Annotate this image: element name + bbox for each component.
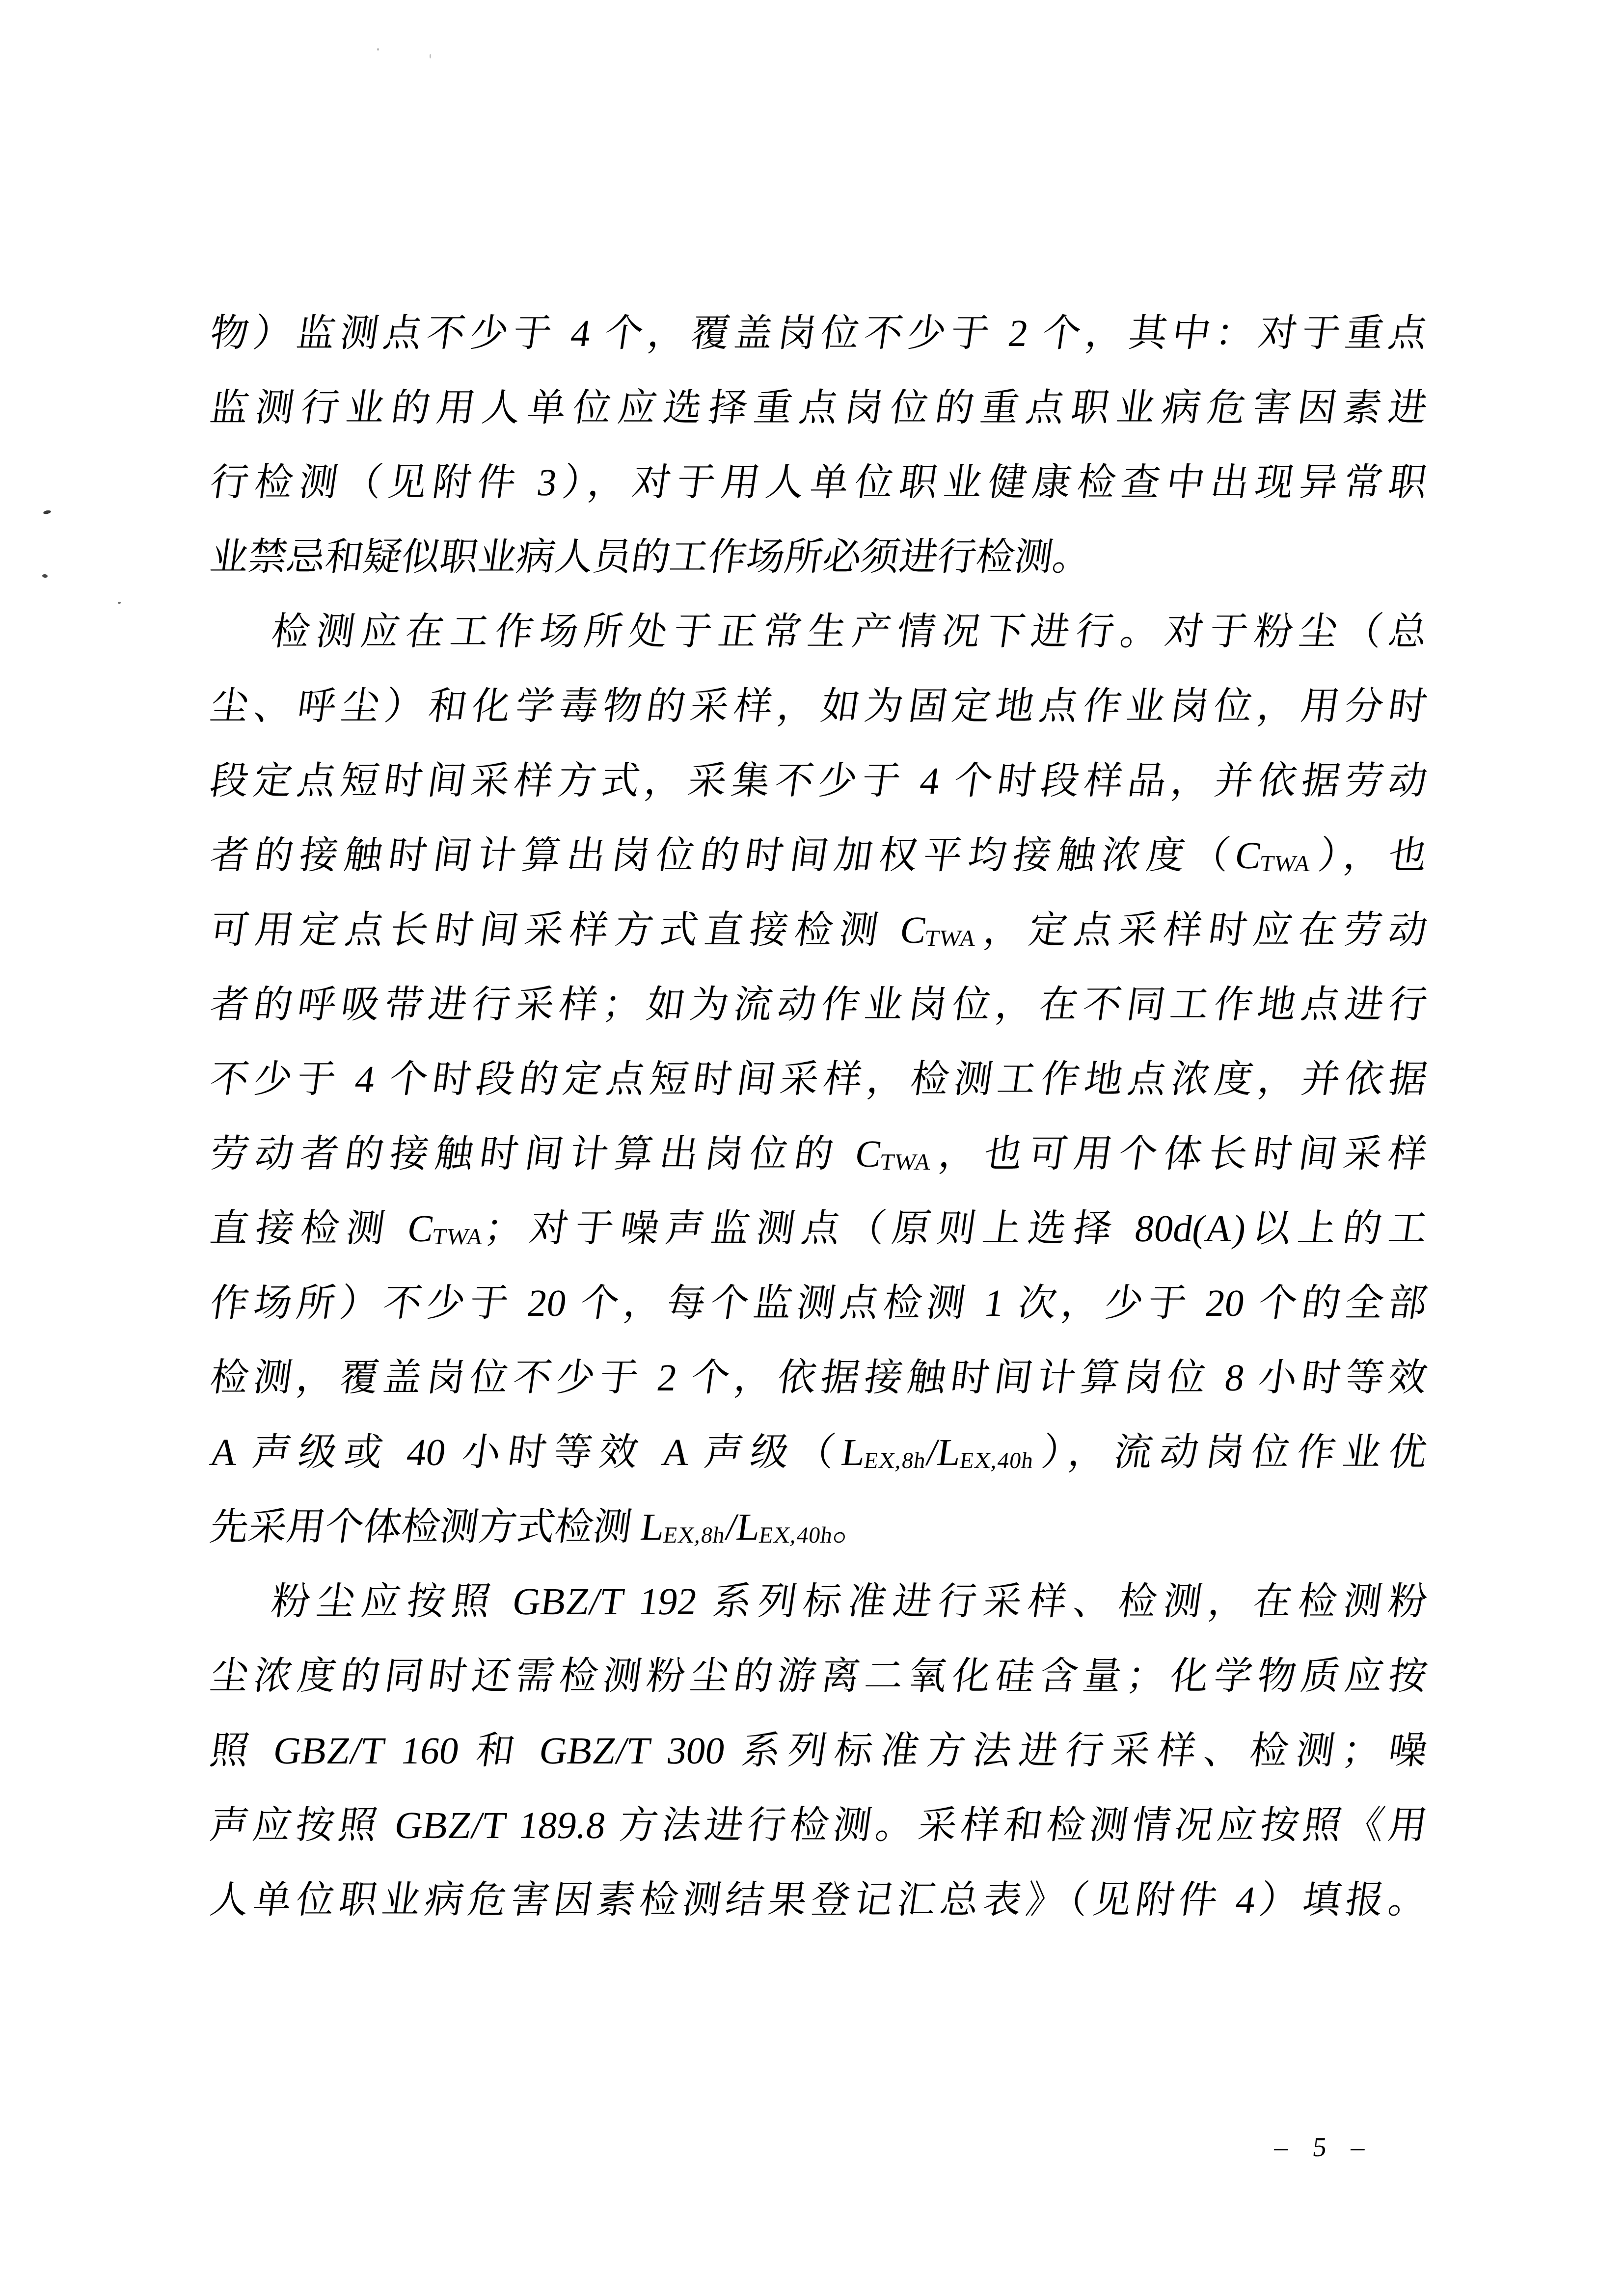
text-run: /L <box>924 1431 964 1473</box>
text-line: A 声级或 40 小时等效 A 声级（LEX,8h/LEX,40h），流动岗位作… <box>205 1415 1432 1490</box>
scan-speck <box>42 574 48 578</box>
text-run: 直接检测 C <box>208 1207 437 1250</box>
text-run: 尘浓度的同时还需检测粉尘的游离二氧化硅含量；化学物质应按 <box>208 1655 1430 1697</box>
subscript-run: TWA <box>431 1224 485 1250</box>
text-line: 尘、呼尘）和化学毒物的采样，如为固定地点作业岗位，用分时 <box>205 669 1432 744</box>
text-run: 照 GBZ/T 160 和 GBZ/T 300 系列标准方法进行采样、检测；噪 <box>208 1729 1430 1772</box>
text-line: 检测应在工作场所处于正常生产情况下进行。对于粉尘（总 <box>205 594 1432 669</box>
page-number: – 5 – <box>1272 2125 1404 2169</box>
text-run: 粉尘应按照 GBZ/T 192 系列标准进行采样、检测，在检测粉 <box>269 1580 1430 1623</box>
text-run: 可用定点长时间采样方式直接检测 C <box>208 908 930 951</box>
subscript-run: TWA <box>1258 851 1313 877</box>
text-run: 者的呼吸带进行采样；如为流动作业岗位，在不同工作地点进行 <box>208 983 1430 1026</box>
text-run: 检测，覆盖岗位不少于 2 个，依据接触时间计算岗位 8 小时等效 <box>208 1356 1430 1399</box>
text-line: 先采用个体检测方式检测 LEX,8h/LEX,40h。 <box>205 1490 1432 1564</box>
document-page: 物）监测点不少于 4 个，覆盖岗位不少于 2 个，其中：对于重点监测行业的用人单… <box>0 0 1624 2296</box>
text-line: 作场所）不少于 20 个，每个监测点检测 1 次，少于 20 个的全部 <box>205 1266 1432 1340</box>
text-run: ，也可用个体长时间采样 <box>930 1132 1430 1175</box>
text-line: 直接检测 CTWA；对于噪声监测点（原则上选择 80d(A)以上的工 <box>205 1191 1432 1266</box>
text-line: 粉尘应按照 GBZ/T 192 系列标准进行采样、检测，在检测粉 <box>205 1564 1432 1639</box>
text-line: 检测，覆盖岗位不少于 2 个，依据接触时间计算岗位 8 小时等效 <box>205 1340 1432 1415</box>
text-run: 业禁忌和疑似职业病人员的工作场所必须进行检测。 <box>208 535 1094 578</box>
text-run: ；对于噪声监测点（原则上选择 80d(A)以上的工 <box>482 1207 1430 1250</box>
text-run: 人单位职业病危害因素检测结果登记汇总表》（见附件 4）填报。 <box>208 1878 1430 1921</box>
text-line: 业禁忌和疑似职业病人员的工作场所必须进行检测。 <box>205 520 1432 594</box>
text-line: 行检测（见附件 3），对于用人单位职业健康检查中出现异常职 <box>205 445 1432 520</box>
text-line: 者的接触时间计算出岗位的时间加权平均接触浓度（CTWA），也 <box>205 818 1432 893</box>
text-run: 监测行业的用人单位应选择重点岗位的重点职业病危害因素进 <box>208 386 1430 429</box>
scan-speck <box>377 48 379 51</box>
text-line: 尘浓度的同时还需检测粉尘的游离二氧化硅含量；化学物质应按 <box>205 1639 1432 1713</box>
text-line: 人单位职业病危害因素检测结果登记汇总表》（见附件 4）填报。 <box>205 1863 1432 1937</box>
text-run: A 声级或 40 小时等效 A 声级（L <box>208 1431 868 1473</box>
text-run: 劳动者的接触时间计算出岗位的 C <box>208 1132 885 1175</box>
subscript-run: EX,8h <box>863 1448 928 1473</box>
scan-speck <box>430 54 431 58</box>
subscript-run: TWA <box>923 926 978 951</box>
text-line: 不少于 4 个时段的定点短时间采样，检测工作地点浓度，并依据 <box>205 1042 1432 1117</box>
scan-speck <box>118 602 121 604</box>
subscript-run: TWA <box>878 1149 933 1175</box>
text-run: ，定点采样时应在劳动 <box>974 908 1430 951</box>
text-run: 。 <box>831 1505 875 1548</box>
text-run: 物）监测点不少于 4 个，覆盖岗位不少于 2 个，其中：对于重点 <box>208 312 1430 354</box>
text-run: 作场所）不少于 20 个，每个监测点检测 1 次，少于 20 个的全部 <box>208 1281 1430 1324</box>
text-line: 声应按照 GBZ/T 189.8 方法进行检测。采样和检测情况应按照《用 <box>205 1788 1432 1863</box>
text-run: 尘、呼尘）和化学毒物的采样，如为固定地点作业岗位，用分时 <box>208 685 1430 727</box>
text-run: 不少于 4 个时段的定点短时间采样，检测工作地点浓度，并依据 <box>208 1058 1430 1100</box>
text-run: 者的接触时间计算出岗位的时间加权平均接触浓度（C <box>208 834 1265 877</box>
document-lines: 物）监测点不少于 4 个，覆盖岗位不少于 2 个，其中：对于重点监测行业的用人单… <box>205 296 1422 1937</box>
text-run: ），流动岗位作业优 <box>1031 1431 1430 1473</box>
text-line: 可用定点长时间采样方式直接检测 CTWA，定点采样时应在劳动 <box>205 893 1432 967</box>
text-line: 物）监测点不少于 4 个，覆盖岗位不少于 2 个，其中：对于重点 <box>205 296 1432 371</box>
text-run: 检测应在工作场所处于正常生产情况下进行。对于粉尘（总 <box>269 610 1430 653</box>
text-run: ），也 <box>1309 834 1430 877</box>
subscript-run: EX,40h <box>958 1448 1035 1473</box>
text-line: 照 GBZ/T 160 和 GBZ/T 300 系列标准方法进行采样、检测；噪 <box>205 1713 1432 1788</box>
text-line: 监测行业的用人单位应选择重点岗位的重点职业病危害因素进 <box>205 371 1432 445</box>
text-run: 行检测（见附件 3），对于用人单位职业健康检查中出现异常职 <box>208 461 1430 504</box>
text-run: 声应按照 GBZ/T 189.8 方法进行检测。采样和检测情况应按照《用 <box>208 1804 1430 1846</box>
subscript-run: EX,40h <box>758 1522 835 1548</box>
subscript-run: EX,8h <box>662 1522 727 1548</box>
text-run: 段定点短时间采样方式，采集不少于 4 个时段样品，并依据劳动 <box>208 759 1430 802</box>
scan-speck <box>43 509 51 514</box>
text-line: 者的呼吸带进行采样；如为流动作业岗位，在不同工作地点进行 <box>205 967 1432 1042</box>
text-run: 先采用个体检测方式检测 L <box>208 1505 668 1548</box>
text-run: /L <box>723 1505 763 1548</box>
text-line: 劳动者的接触时间计算出岗位的 CTWA，也可用个体长时间采样 <box>205 1117 1432 1191</box>
text-line: 段定点短时间采样方式，采集不少于 4 个时段样品，并依据劳动 <box>205 744 1432 818</box>
